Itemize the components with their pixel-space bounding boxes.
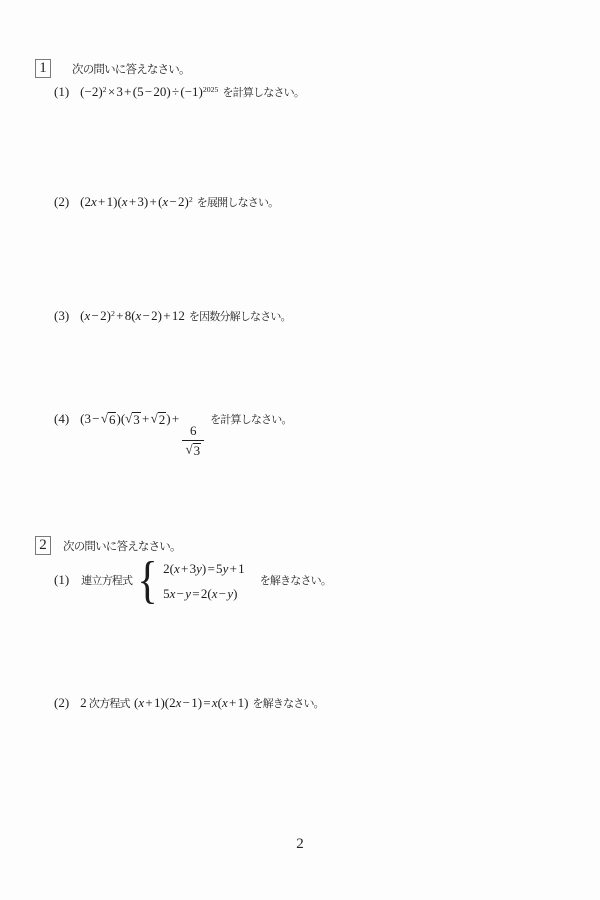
item-label: (3): [54, 307, 69, 325]
problem-number-box: 1: [35, 59, 51, 78]
math-expression: 連立方程式{2(x + 3y) = 5y + 15x − y = 2(x − y…: [80, 555, 245, 607]
radical-sign: √: [125, 412, 132, 426]
problem-number-box: 2: [35, 536, 51, 555]
problem-1-item-1: (1) (−2)2 × 3 + (5 − 20) ÷ (−1)2025 を計算し…: [54, 83, 304, 103]
math-text: ) +: [166, 411, 180, 426]
problem-1-item-4: (4) (3 − √6)(√3 + √2) + 6√3 を計算しなさい。: [54, 410, 292, 459]
math-text: + 1)(: [97, 194, 122, 209]
math-text: ): [233, 586, 237, 601]
item-instruction: を計算しなさい。: [210, 411, 292, 429]
math-text: 2: [159, 412, 166, 427]
math-text: = 2(: [191, 586, 212, 601]
math-text: + 3) + (: [128, 194, 163, 209]
math-text: −: [218, 586, 228, 601]
math-text: −: [175, 586, 185, 601]
exam-page: 1 次の問いに答えなさい。 (1) (−2)2 × 3 + (5 − 20) ÷…: [0, 0, 600, 900]
math-superscript: 2025: [203, 85, 219, 94]
math-superscript: 2: [111, 309, 115, 318]
item-label: (2): [54, 694, 69, 712]
problem-2-item-2: (2) 2 次方程式 (x + 1)(2x − 1) = x(x + 1) を解…: [54, 694, 324, 713]
math-text: + 8(: [115, 308, 136, 323]
math-text: + 1): [228, 695, 249, 710]
math-text: 6: [109, 412, 116, 427]
math-text: − 2): [168, 194, 189, 209]
radicand: 3: [132, 412, 141, 428]
radical-sign: √: [151, 412, 158, 426]
radical-sign: √: [101, 412, 108, 426]
radicand: 2: [158, 412, 167, 428]
fraction-denominator: √3: [182, 440, 204, 459]
math-text: 6: [190, 423, 197, 438]
math-expression: (3 − √6)(√3 + √2) + 6√3: [80, 410, 206, 459]
math-sqrt: √6: [101, 412, 117, 428]
math-text: − 1) =: [181, 695, 212, 710]
item-instruction: を計算しなさい。: [222, 84, 304, 102]
math-sqrt: √2: [151, 412, 167, 428]
problem-2-heading-row: 2 次の問いに答えなさい。: [35, 536, 181, 555]
problem-2-item-1: (1) 連立方程式{2(x + 3y) = 5y + 15x − y = 2(x…: [54, 555, 331, 607]
problem-1-item-3: (3) (x − 2)2 + 8(x − 2) + 12 を因数分解しなさい。: [54, 307, 291, 327]
math-superscript: 2: [103, 85, 107, 94]
item-instruction: を解きなさい。: [252, 695, 323, 713]
radicand: 3: [193, 443, 202, 459]
math-text: (3 −: [80, 411, 101, 426]
math-jp-text: 連立方程式: [80, 575, 135, 587]
system-row: 5x − y = 2(x − y): [163, 585, 245, 603]
item-instruction: を展開しなさい。: [197, 194, 279, 212]
page-number: 2: [0, 836, 600, 853]
math-text: ) = 5: [202, 561, 223, 576]
math-text: +: [141, 411, 151, 426]
problem-1-heading-row: 1 次の問いに答えなさい。: [35, 59, 190, 78]
math-text: + 3: [180, 561, 196, 576]
item-instruction: を解きなさい。: [260, 572, 331, 590]
math-expression: (2x + 1)(x + 3) + (x − 2)2: [80, 193, 193, 213]
math-sqrt: √3: [185, 443, 201, 459]
item-label: (1): [54, 83, 69, 101]
math-text: 3: [194, 443, 201, 458]
problem-heading-text: 次の問いに答えなさい。: [63, 538, 181, 554]
math-text: + 1: [228, 561, 244, 576]
radical-sign: √: [185, 442, 192, 456]
fraction-numerator: 6: [187, 424, 200, 440]
math-text: − 2): [90, 308, 111, 323]
equation-system: {2(x + 3y) = 5y + 15x − y = 2(x − y): [135, 555, 245, 607]
system-brace-icon: {: [137, 555, 157, 607]
math-text: + 1)(2: [144, 695, 176, 710]
math-text: 2(: [163, 561, 174, 576]
item-label: (4): [54, 410, 69, 428]
math-text: − 2) + 12: [141, 308, 185, 323]
math-text: )(: [116, 411, 125, 426]
problem-1-item-2: (2) (2x + 1)(x + 3) + (x − 2)2 を展開しなさい。: [54, 193, 278, 213]
item-label: (1): [54, 571, 69, 589]
math-expression: (−2)2 × 3 + (5 − 20) ÷ (−1)2025: [80, 83, 218, 103]
math-jp-text: 次方程式: [88, 698, 133, 710]
item-label: (2): [54, 193, 69, 211]
math-text: 2: [80, 695, 88, 710]
math-fraction: 6√3: [182, 424, 204, 459]
math-text: × 3 + (5 − 20) ÷ (−1): [107, 84, 203, 99]
math-superscript: 2: [189, 195, 193, 204]
math-text: 3: [133, 412, 140, 427]
system-rows: 2(x + 3y) = 5y + 15x − y = 2(x − y): [163, 560, 245, 603]
math-expression: 2 次方程式 (x + 1)(2x − 1) = x(x + 1): [80, 694, 248, 713]
math-text: (−2): [80, 84, 103, 99]
math-text: (2: [80, 194, 91, 209]
system-row: 2(x + 3y) = 5y + 1: [163, 560, 245, 578]
item-instruction: を因数分解しなさい。: [189, 308, 291, 326]
math-expression: (x − 2)2 + 8(x − 2) + 12: [80, 307, 185, 327]
problem-heading-text: 次の問いに答えなさい。: [72, 61, 190, 77]
math-sqrt: √3: [125, 412, 141, 428]
